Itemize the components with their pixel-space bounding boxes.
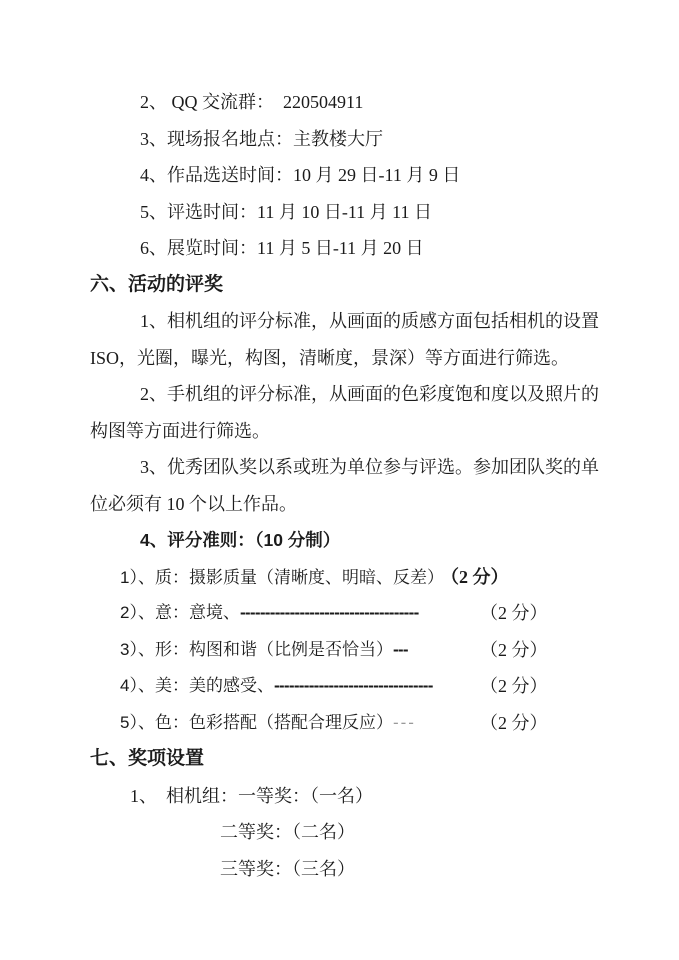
prize-camera-third: 三等奖：（三名） [90,851,595,888]
criterion-score: （2 分） [480,632,548,669]
contact-qq-group: 2、 QQ 交流群： 220504911 [90,84,595,121]
criterion-label: 3）、形：构图和谐（比例是否恰当） [120,640,393,659]
phone-criteria-line1: 2、手机组的评分标准，从画面的色彩度饱和度以及照片的 [90,376,595,413]
criterion-score: （2 分） [480,595,548,632]
document-content: 2、 QQ 交流群： 2205049113、现场报名地点：主教楼大厅4、作品选送… [90,84,595,887]
criterion-score: （2 分） [450,567,509,587]
phone-criteria-line2: 构图等方面进行筛选。 [90,413,595,450]
prize-camera-second: 二等奖：（二名） [90,814,595,851]
team-award-line1: 3、优秀团队奖以系或班为单位参与评选。参加团队奖的单 [90,449,595,486]
prize-camera-first: 1、 相机组：一等奖：（一名） [90,778,595,815]
criterion-form: 3）、形：构图和谐（比例是否恰当）---（2 分） [90,632,595,669]
leader-dashes: --- [393,640,408,659]
criterion-score: （2 分） [480,705,548,742]
criterion-mood: 2）、意：意境、--------------------------------… [90,595,595,632]
camera-criteria-line1: 1、相机组的评分标准，从画面的质感方面包括相机的设置 [90,303,595,340]
judging-time: 5、评选时间：11 月 10 日-11 月 11 日 [90,194,595,231]
document-page: 2、 QQ 交流群： 2205049113、现场报名地点：主教楼大厅4、作品选送… [0,0,679,960]
criterion-color: 5）、色：色彩搭配（搭配合理反应）---（2 分） [90,705,595,742]
leader-dashes: -------------------------------- [274,676,433,695]
leader-dashes: --- [393,713,416,732]
section-heading-judging: 六、活动的评奖 [90,267,595,304]
criterion-quality: 1）、质：摄影质量（清晰度、明暗、反差）（2 分） [90,559,595,596]
leader-dashes: ------------------------------------ [240,603,419,622]
criterion-label: 5）、色：色彩搭配（搭配合理反应） [120,713,393,732]
team-award-line2: 位必须有 10 个以上作品。 [90,486,595,523]
camera-criteria-line2: ISO，光圈，曝光，构图，清晰度，景深）等方面进行筛选。 [90,340,595,377]
submission-time: 4、作品选送时间：10 月 29 日-11 月 9 日 [90,157,595,194]
criterion-label: 1）、质：摄影质量（清晰度、明暗、反差） [120,568,444,587]
scoring-rule-heading: 4、评分准则：（10 分制） [90,522,595,559]
criterion-label: 4）、美：美的感受、 [120,676,274,695]
exhibition-time: 6、展览时间：11 月 5 日-11 月 20 日 [90,230,595,267]
criterion-beauty: 4）、美：美的感受、------------------------------… [90,668,595,705]
criterion-label: 2）、意：意境、 [120,603,240,622]
criterion-score: （2 分） [480,668,548,705]
registration-location: 3、现场报名地点：主教楼大厅 [90,121,595,158]
section-heading-prizes: 七、奖项设置 [90,741,595,778]
